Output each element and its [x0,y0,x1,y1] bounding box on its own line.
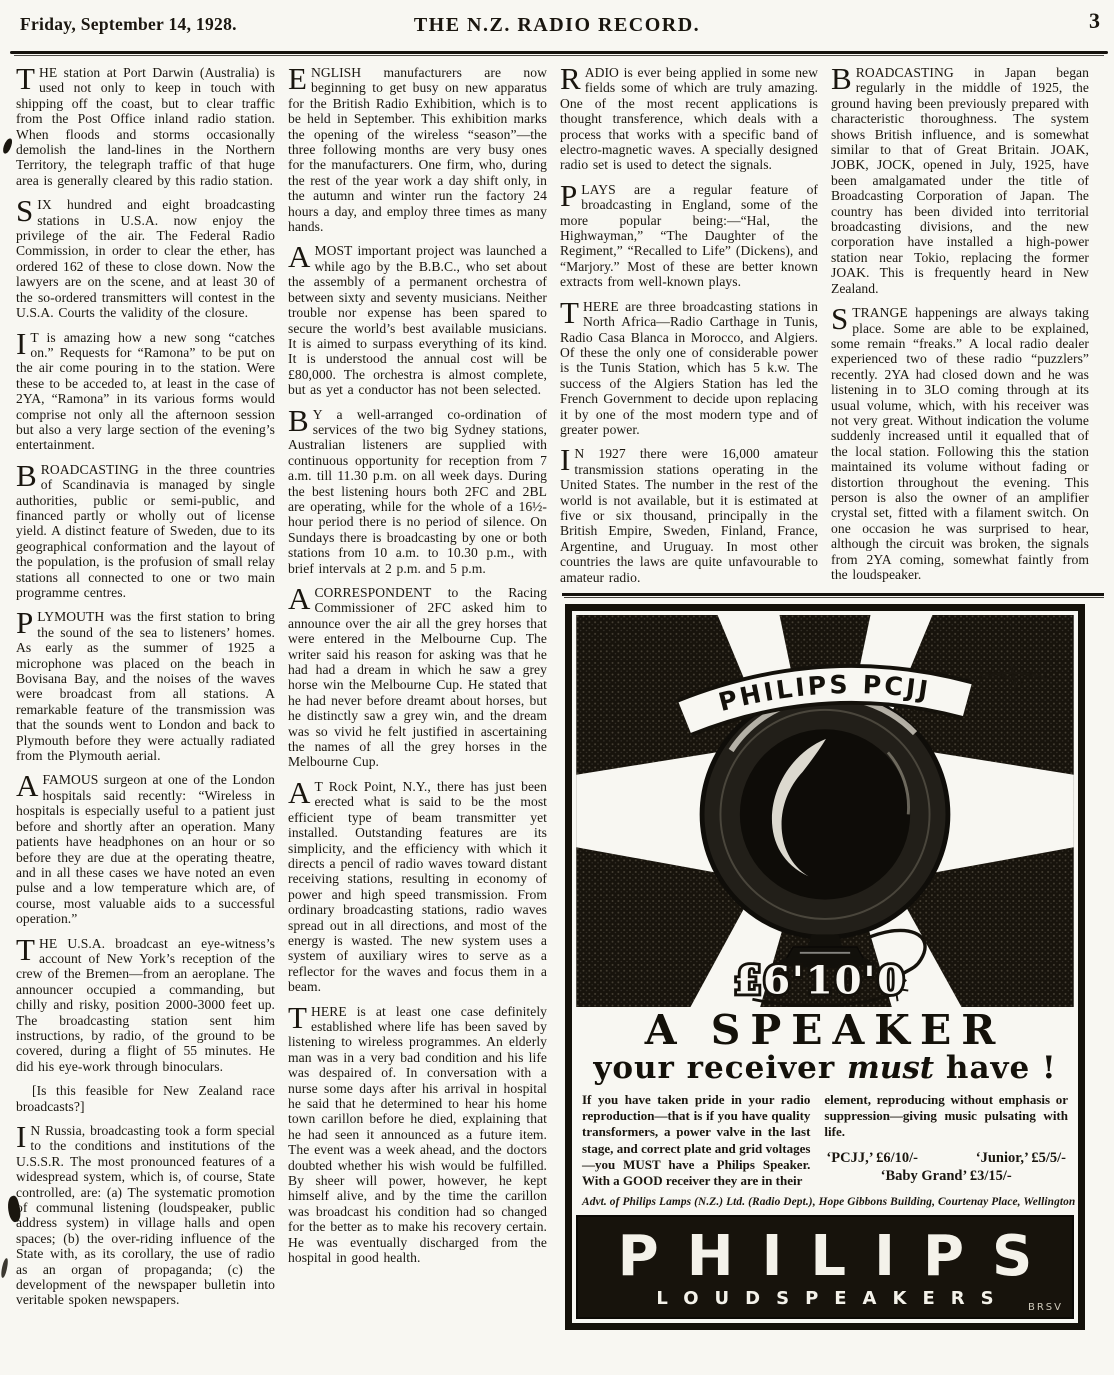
price-ribbon-text: £6'10'0 [734,958,906,1003]
artist-signature: BRSV [1028,1302,1063,1313]
news-paragraph: THERE is at least one case definitely es… [288,1004,547,1266]
news-paragraph: AFAMOUS surgeon at one of the London hos… [16,772,275,926]
news-paragraph: STRANGE happenings are always taking pla… [831,305,1089,582]
news-paragraph: BY a well-arranged co-ordination of serv… [288,407,547,576]
drop-cap: I [16,1123,30,1149]
ad-divider-rule [562,593,1104,596]
drop-cap: B [16,462,41,488]
drop-cap: S [16,197,37,223]
news-paragraph: [Is this feasible for New Zealand race b… [16,1083,275,1114]
speaker-illustration: PHILIPS PCJJ £6'10'0 [576,615,1074,1007]
news-paragraph: THERE are three broadcasting stations in… [560,299,818,438]
ad-subheadline-pre: your receiver [593,1050,847,1086]
drop-cap: T [16,936,39,962]
news-column-3: RADIO is ever being applied in some new … [560,65,818,591]
header-rule [10,51,1108,54]
price-ribbon: £6'10'0 [734,958,906,1006]
ad-body-right-text: element, reproducing without emphasis or… [824,1092,1068,1141]
news-paragraph: AT Rock Point, N.Y., there has just been… [288,779,547,995]
philips-advertisement: PHILIPS PCJJ £6'10'0 A SPEAKER your rece… [565,604,1085,1330]
news-paragraph: THE station at Port Darwin (Australia) i… [16,65,275,188]
drop-cap: I [16,330,30,356]
drop-cap: B [831,65,856,91]
page-body: THE station at Port Darwin (Australia) i… [0,56,1114,1330]
ad-copy: A SPEAKER your receiver must have ! If y… [576,1007,1074,1210]
ad-divider-rule-thin [564,597,1104,598]
ad-credit-line: Advt. of Philips Lamps (N.Z.) Ltd. (Radi… [582,1196,1068,1208]
issue-date: Friday, September 14, 1928. [20,14,237,35]
drop-cap: P [16,609,37,635]
right-half: RADIO is ever being applied in some new … [560,65,1106,1330]
news-paragraph: SIX hundred and eight broadcasting stati… [16,197,275,320]
ad-body-right: element, reproducing without emphasis or… [824,1092,1068,1189]
news-paragraph: BROADCASTING in the three countries of S… [16,462,275,601]
news-column-1: THE station at Port Darwin (Australia) i… [16,65,275,1330]
brand-subtitle: LOUDSPEAKERS [578,1288,1072,1309]
drop-cap: I [560,446,574,472]
header-rule-thin [14,55,1104,56]
drop-cap: R [560,65,585,91]
price-baby-grand: ‘Baby Grand’ £3/15/- [824,1168,1068,1184]
philips-brand-block: PHILIPS LOUDSPEAKERS BRSV [576,1215,1074,1319]
ad-subheadline-post: have ! [934,1050,1057,1086]
news-paragraph: IT is amazing how a new song “catches on… [16,330,275,453]
news-paragraph: ENGLISH manufacturers are now beginning … [288,65,547,234]
page-number: 3 [1089,8,1100,34]
news-paragraph: IN Russia, broadcasting took a form spec… [16,1123,275,1308]
ad-subheadline-italic: must [847,1050,934,1086]
drop-cap: E [288,65,311,91]
news-paragraph: PLAYS are a regular feature of broadcast… [560,182,818,290]
news-column-2: ENGLISH manufacturers are now beginning … [288,65,547,1330]
drop-cap: T [560,299,583,325]
brand-wordmark: PHILIPS [578,1229,1072,1285]
right-columns: RADIO is ever being applied in some new … [560,65,1106,591]
drop-cap: P [560,182,581,208]
drop-cap: T [16,65,39,91]
drop-cap: A [288,779,314,805]
news-paragraph: RADIO is ever being applied in some new … [560,65,818,173]
news-paragraph: AMOST important project was launched a w… [288,243,547,397]
ad-subheadline: your receiver must have ! [582,1051,1068,1086]
drop-cap: A [288,585,314,611]
drop-cap: A [16,772,42,798]
news-paragraph: ACORRESPONDENT to the Racing Commissione… [288,585,547,770]
ad-body-left: If you have taken pride in your radio re… [582,1092,810,1189]
ad-headline: A SPEAKER [582,1009,1068,1051]
drop-cap: B [288,407,313,433]
news-paragraph: BROADCASTING in Japan began regularly in… [831,65,1089,296]
drop-cap: A [288,243,314,269]
news-paragraph: THE U.S.A. broadcast an eye-witness’s ac… [16,936,275,1075]
news-paragraph: IN 1927 there were 16,000 amateur transm… [560,446,818,585]
drop-cap: T [288,1004,311,1030]
page-header: Friday, September 14, 1928. THE N.Z. RAD… [0,0,1114,48]
news-column-4: BROADCASTING in Japan began regularly in… [831,65,1089,591]
price-pcjj: ‘PCJJ,’ £6/10/- [826,1150,918,1166]
drop-cap: S [831,305,852,331]
news-paragraph: PLYMOUTH was the first station to bring … [16,609,275,763]
price-junior: ‘Junior,’ £5/5/- [976,1150,1066,1166]
